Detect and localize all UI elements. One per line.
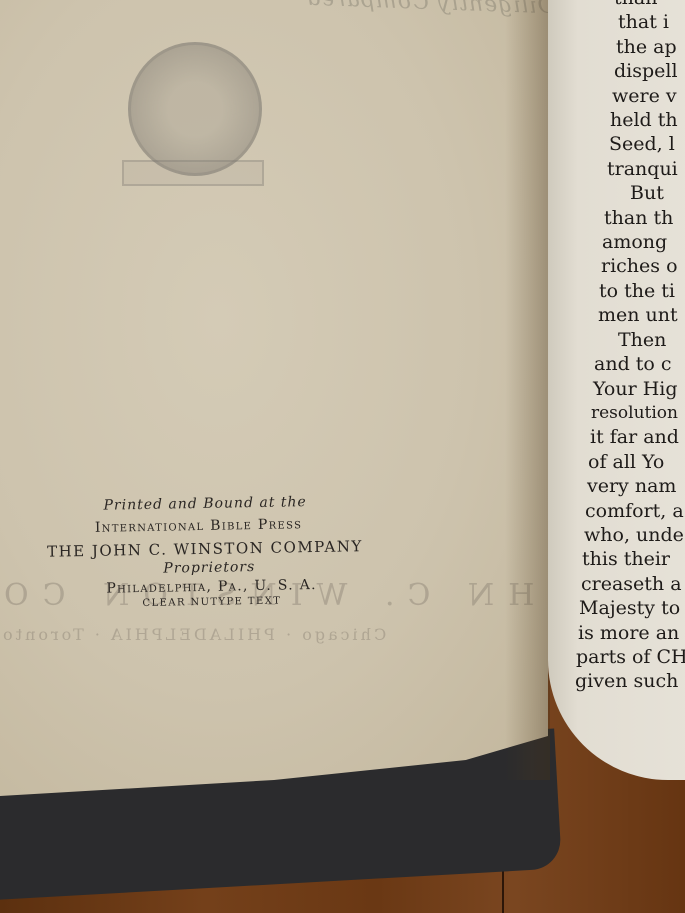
text-line: But [630,181,685,205]
text-line: than [614,0,685,10]
seal-emblem-icon [128,42,258,187]
text-line: this their [582,547,685,571]
text-line: Then [618,328,685,352]
text-line: men unt [598,303,685,327]
gutter-shadow [505,0,550,780]
text-line: Seed, l [609,132,685,156]
text-line: Your Hig [593,377,685,401]
book-photo: Diligently Compared JOHN C. WINSTON CO C… [0,0,685,913]
left-page: Diligently Compared JOHN C. WINSTON CO C… [0,0,548,800]
text-line: given such [575,669,685,693]
text-line: resolution [591,401,685,425]
text-line: and to c [594,352,685,376]
right-page: than that i the ap dispell were v held t… [548,0,685,780]
text-line: dispell [614,59,685,83]
text-line: is more an [578,621,685,645]
text-line: tranqui [607,157,685,181]
seal-base [122,160,264,186]
seal-circle [128,42,262,176]
text-line: were v [612,84,685,108]
text-line: Majesty to [579,596,685,620]
text-line: very nam [587,474,685,498]
text-line: to the ti [599,279,685,303]
text-line: among [602,230,685,254]
text-line: creaseth a [581,572,685,596]
text-line: the ap [616,35,685,59]
text-line: of all Yo [588,450,685,474]
imprint-block: Printed and Bound at the International B… [0,493,401,612]
text-line: comfort, a [585,499,685,523]
text-line: parts of CH [576,645,685,669]
text-line: who, unde [584,523,685,547]
text-line: riches o [601,254,685,278]
text-line: than th [604,206,685,230]
text-line: it far and [590,425,685,449]
text-line: that i [618,10,685,34]
show-through-city: Chicago · PHILADELPHIA · Toronto [0,625,386,644]
text-line: held th [610,108,685,132]
right-page-text: than that i the ap dispell were v held t… [548,0,685,694]
imprint-printed-bound: Printed and Bound at the [11,493,399,516]
imprint-press: International Bible Press [0,515,400,538]
